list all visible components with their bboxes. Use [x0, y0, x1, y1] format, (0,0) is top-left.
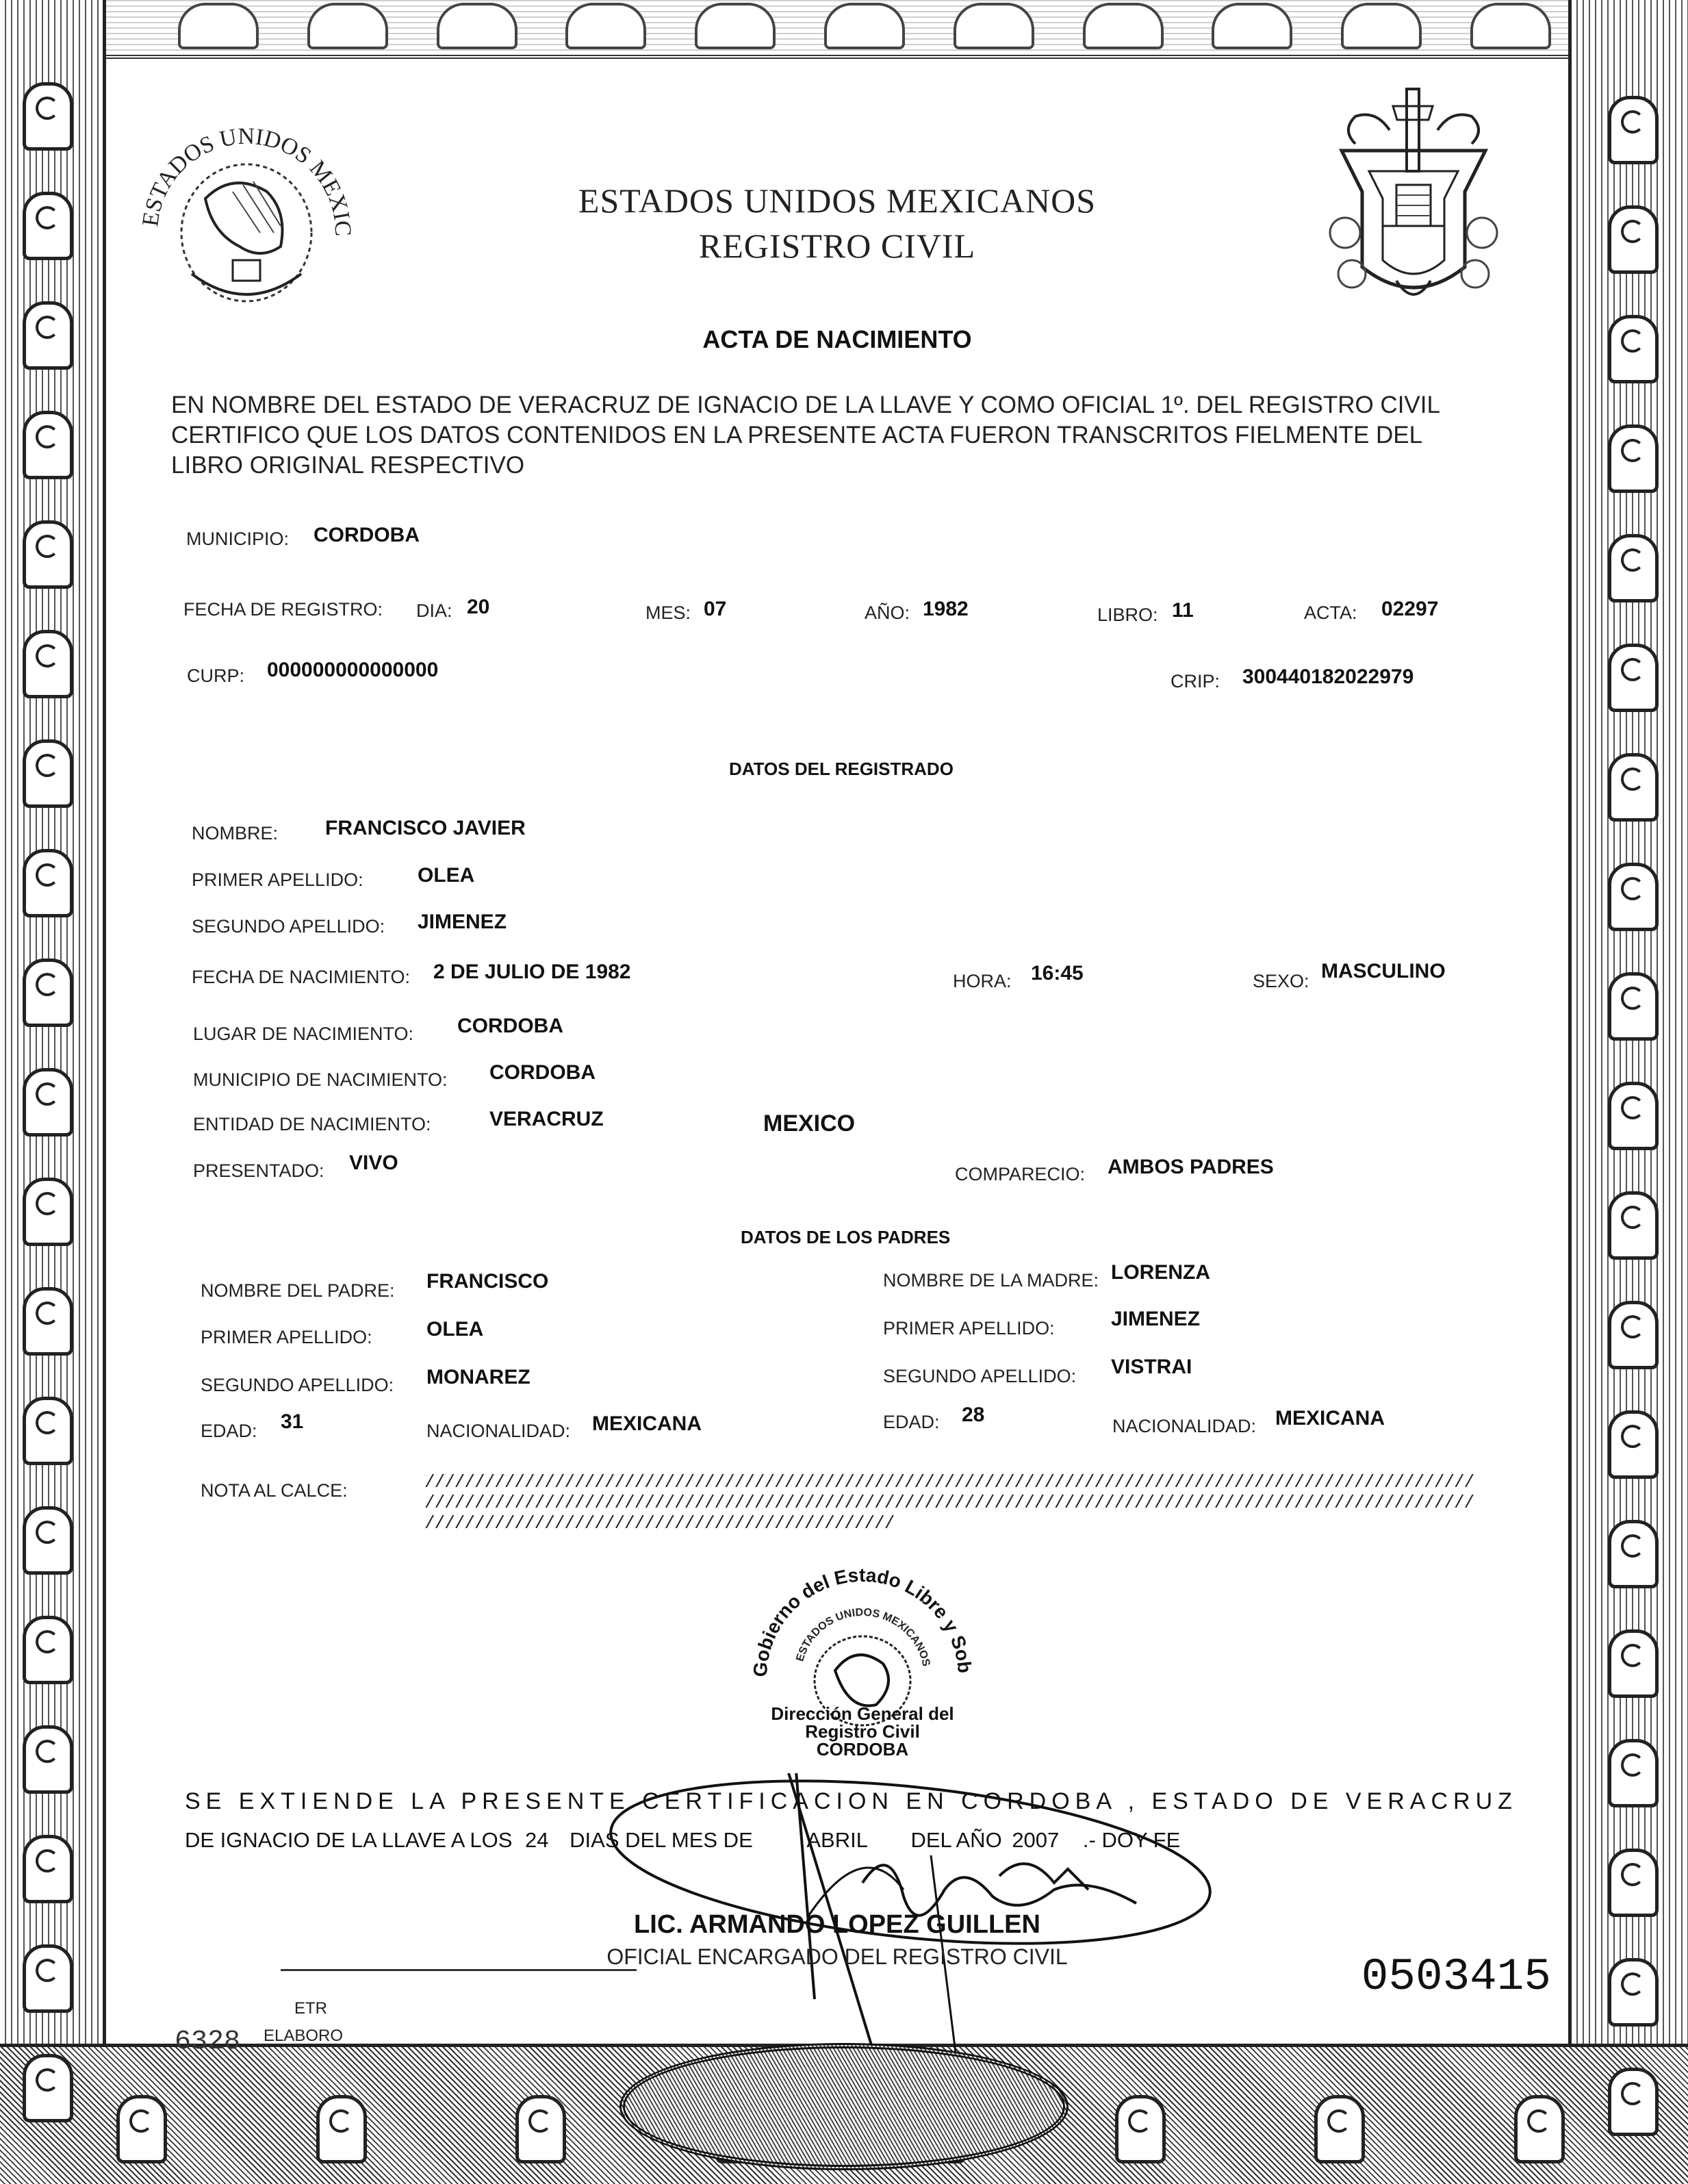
- dia-value: 20: [467, 596, 489, 619]
- fecha-registro-label: FECHA DE REGISTRO:: [183, 599, 383, 620]
- cert-anio: 2007: [1012, 1828, 1059, 1852]
- nota-line: ////////////////////////////////////////…: [424, 1513, 1588, 1534]
- hora-label: HORA:: [953, 971, 1012, 992]
- fecha-nacimiento-value: 2 DE JULIO DE 1982: [433, 961, 630, 984]
- nota-line: ////////////////////////////////////////…: [424, 1472, 1588, 1493]
- padre-primer-apellido-label: PRIMER APELLIDO:: [201, 1327, 372, 1348]
- curp-value: 000000000000000: [267, 659, 438, 682]
- cert-suffix: .- DOY FE: [1083, 1828, 1180, 1852]
- entidad-nacimiento-label: ENTIDAD DE NACIMIENTO:: [193, 1114, 431, 1135]
- cert-dia: 24: [525, 1828, 548, 1852]
- madre-primer-apellido-value: JIMENEZ: [1111, 1308, 1200, 1331]
- border-scroll-ornaments-right: [1606, 96, 1661, 2136]
- sexo-label: SEXO:: [1253, 971, 1309, 992]
- stamp-line: CORDOBA: [726, 1740, 999, 1758]
- anio-value: 1982: [923, 598, 969, 621]
- padre-primer-apellido-value: OLEA: [426, 1318, 483, 1341]
- madre-nombre-value: LORENZA: [1111, 1261, 1210, 1284]
- nota-label: NOTA AL CALCE:: [201, 1480, 348, 1501]
- cert-prefix: DE IGNACIO DE LA LLAVE A LOS: [185, 1828, 512, 1852]
- padre-edad-value: 31: [281, 1410, 303, 1434]
- section-title-registrado: DATOS DEL REGISTRADO: [729, 759, 954, 780]
- certification-line-1: SE EXTIENDE LA PRESENTE CERTIFICACION EN…: [185, 1788, 1518, 1815]
- crip-value: 300440182022979: [1242, 665, 1414, 689]
- primer-apellido-label: PRIMER APELLIDO:: [192, 869, 363, 891]
- elaboro-label: ELABORO: [264, 2027, 343, 2046]
- sexo-value: MASCULINO: [1321, 960, 1446, 983]
- padre-nacionalidad-label: NACIONALIDAD:: [426, 1421, 570, 1442]
- padre-nombre-value: FRANCISCO: [426, 1270, 548, 1293]
- primer-apellido-value: OLEA: [418, 864, 474, 887]
- acta-value: 02297: [1381, 598, 1438, 621]
- cert-anio-label: DEL AÑO: [910, 1828, 1001, 1852]
- comparecio-label: COMPARECIO:: [955, 1164, 1085, 1185]
- border-scroll-ornaments-left: [21, 82, 75, 2122]
- padre-segundo-apellido-value: MONAREZ: [426, 1366, 530, 1389]
- madre-nombre-label: NOMBRE DE LA MADRE:: [883, 1270, 1099, 1291]
- document-body: ESTADOS UNIDOS MEXICANOS ES: [110, 62, 1565, 2044]
- padre-nacionalidad-value: MEXICANA: [592, 1412, 702, 1436]
- segundo-apellido-value: JIMENEZ: [418, 911, 507, 934]
- madre-primer-apellido-label: PRIMER APELLIDO:: [883, 1318, 1055, 1339]
- municipio-label: MUNICIPIO:: [186, 529, 289, 550]
- document-type-title: ACTA DE NACIMIENTO: [110, 325, 1565, 354]
- official-name: LIC. ARMANDO LOPEZ GUILLEN: [110, 1910, 1565, 1940]
- crip-label: CRIP:: [1171, 671, 1220, 692]
- presentado-label: PRESENTADO:: [193, 1160, 324, 1182]
- svg-text:ESTADOS UNIDOS MEXICANOS: ESTADOS UNIDOS MEXICANOS: [794, 1607, 932, 1668]
- padre-edad-label: EDAD:: [201, 1421, 257, 1442]
- certification-line-2: DE IGNACIO DE LA LLAVE A LOS 24 DIAS DEL…: [185, 1828, 1180, 1853]
- presentado-value: VIVO: [349, 1152, 398, 1175]
- mes-label: MES:: [645, 602, 691, 624]
- curp-label: CURP:: [187, 665, 244, 687]
- padre-segundo-apellido-label: SEGUNDO APELLIDO:: [201, 1375, 394, 1396]
- preamble-text: EN NOMBRE DEL ESTADO DE VERACRUZ DE IGNA…: [171, 390, 1485, 481]
- madre-segundo-apellido-label: SEGUNDO APELLIDO:: [883, 1366, 1076, 1387]
- document-code: 6328: [175, 2027, 240, 2057]
- stamp-line: Dirección General del: [726, 1705, 999, 1723]
- lugar-nacimiento-label: LUGAR DE NACIMIENTO:: [193, 1024, 413, 1045]
- folio-number: 0503415: [1361, 1951, 1551, 2003]
- madre-edad-label: EDAD:: [883, 1412, 940, 1433]
- section-title-padres: DATOS DE LOS PADRES: [741, 1227, 950, 1248]
- acta-label: ACTA:: [1304, 602, 1357, 624]
- madre-nacionalidad-label: NACIONALIDAD:: [1112, 1416, 1256, 1437]
- libro-label: LIBRO:: [1097, 605, 1158, 626]
- madre-nacionalidad-value: MEXICANA: [1275, 1407, 1385, 1430]
- institution-title: REGISTRO CIVIL: [110, 223, 1565, 268]
- nombre-value: FRANCISCO JAVIER: [325, 817, 526, 840]
- stamp-line: Registro Civil: [726, 1723, 999, 1740]
- pais-value: MEXICO: [763, 1110, 855, 1137]
- madre-edad-value: 28: [962, 1404, 984, 1427]
- mes-value: 07: [704, 598, 726, 621]
- birth-certificate-page: ESTADOS UNIDOS MEXICANOS ES: [0, 0, 1688, 2184]
- cert-mes: ABRIL: [806, 1828, 867, 1852]
- cert-mid: DIAS DEL MES DE: [570, 1828, 753, 1852]
- stamp-caption: Dirección General del Registro Civil COR…: [726, 1705, 999, 1758]
- fecha-nacimiento-label: FECHA DE NACIMIENTO:: [192, 967, 410, 988]
- nota-line: ////////////////////////////////////////…: [424, 1493, 1588, 1513]
- entidad-nacimiento-value: VERACRUZ: [489, 1108, 604, 1131]
- lugar-nacimiento-value: CORDOBA: [457, 1015, 563, 1038]
- madre-segundo-apellido-value: VISTRAI: [1111, 1356, 1192, 1379]
- nombre-label: NOMBRE:: [192, 823, 278, 844]
- anio-label: AÑO:: [865, 602, 910, 624]
- signature-line: [281, 1969, 637, 1971]
- nota-value: ////////////////////////////////////////…: [424, 1472, 1588, 1534]
- libro-value: 11: [1172, 599, 1194, 622]
- border-medallion: [619, 2043, 1069, 2170]
- border-scroll-ornaments-top: [178, 3, 1551, 49]
- segundo-apellido-label: SEGUNDO APELLIDO:: [192, 916, 385, 937]
- municipio-nacimiento-label: MUNICIPIO DE NACIMIENTO:: [193, 1069, 448, 1091]
- dia-label: DIA:: [416, 600, 452, 622]
- padre-nombre-label: NOMBRE DEL PADRE:: [201, 1280, 395, 1301]
- municipio-value: CORDOBA: [314, 524, 420, 547]
- comparecio-value: AMBOS PADRES: [1108, 1156, 1274, 1179]
- country-title: ESTADOS UNIDOS MEXICANOS: [110, 178, 1565, 223]
- municipio-nacimiento-value: CORDOBA: [489, 1061, 596, 1084]
- official-title: OFICIAL ENCARGADO DEL REGISTRO CIVIL: [110, 1944, 1565, 1970]
- document-header: ESTADOS UNIDOS MEXICANOS REGISTRO CIVIL: [110, 178, 1565, 268]
- etr-label: ETR: [294, 1999, 327, 2018]
- hora-value: 16:45: [1031, 962, 1084, 985]
